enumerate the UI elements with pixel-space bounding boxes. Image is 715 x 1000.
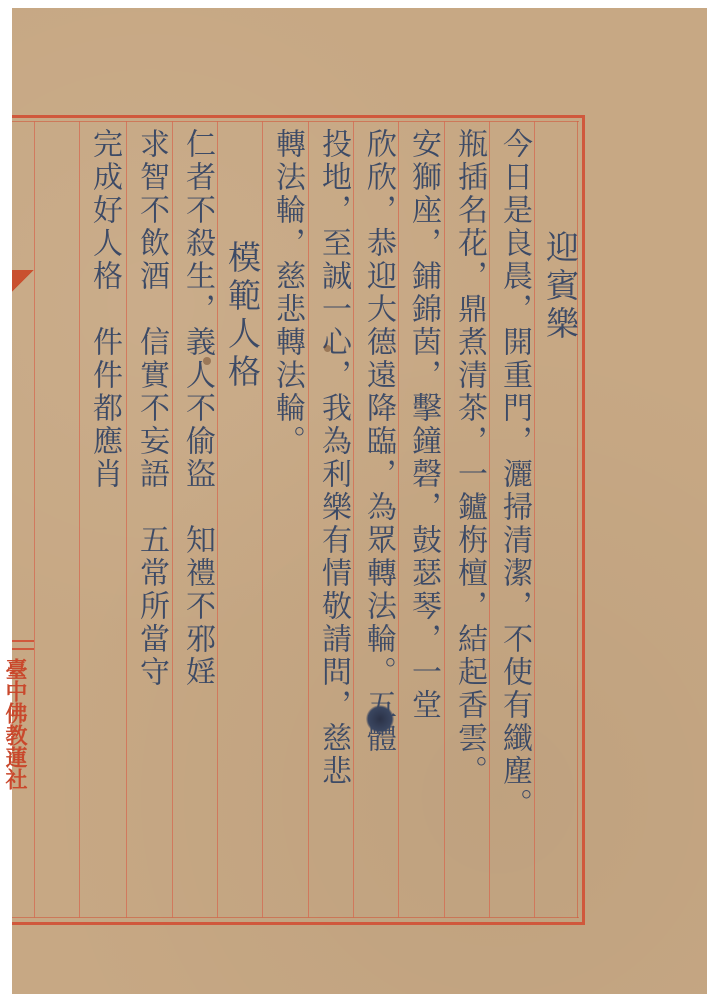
lyric-line: 轉法輪，慈悲轉法輪。: [267, 128, 307, 458]
song-title-welcome: 迎賓樂: [540, 230, 580, 344]
margin-separator-line: [12, 648, 34, 650]
printed-organization-name: 臺中佛教蓮社: [12, 658, 34, 790]
column-rule: [308, 121, 309, 918]
column-rule: [34, 121, 35, 918]
ink-blot: [366, 705, 394, 733]
column-rule: [126, 121, 127, 918]
frame-bottom-border: [12, 922, 585, 925]
lyric-line: 求智不飲酒 信實不妄語 五常所當守: [131, 128, 171, 689]
lyric-line: 欣欣，恭迎大德遠降臨，為眾轉法輪。五體: [358, 128, 398, 755]
frame-right-border: [582, 115, 585, 925]
column-rule: [79, 121, 80, 918]
margin-separator-line: [12, 640, 34, 642]
column-rule: [398, 121, 399, 918]
column-rule: [217, 121, 218, 918]
lyric-line: 投地，至誠一心，我為利樂有情敬請問，慈悲: [313, 128, 353, 788]
column-rule: [534, 121, 535, 918]
lyric-line: 完成好人格 件件都應肖: [84, 128, 124, 491]
lyric-line: 今日是良晨，開重門，灑掃清潔，不使有纖塵。: [494, 128, 534, 821]
column-rule: [172, 121, 173, 918]
lyric-line: 仁者不殺生，義人不偷盜 知禮不邪婬: [177, 128, 217, 689]
frame-top-border: [12, 115, 585, 118]
paper-stain: [203, 357, 211, 365]
song-title-model-character: 模範人格: [222, 240, 262, 392]
column-rule: [262, 121, 263, 918]
column-rule: [489, 121, 490, 918]
frame-top-inner-border: [12, 121, 579, 122]
lyric-line: 瓶插名花，鼎煮清茶，一鑪栴檀，結起香雲。: [449, 128, 489, 788]
paper-stain: [324, 345, 331, 352]
frame-bottom-inner-border: [12, 917, 579, 918]
column-rule: [353, 121, 354, 918]
lyric-line: 安獅座，鋪錦茵，擊鐘磬，鼓瑟琴，一堂: [403, 128, 443, 722]
margin-corner-mark: [12, 270, 34, 292]
column-rule: [444, 121, 445, 918]
